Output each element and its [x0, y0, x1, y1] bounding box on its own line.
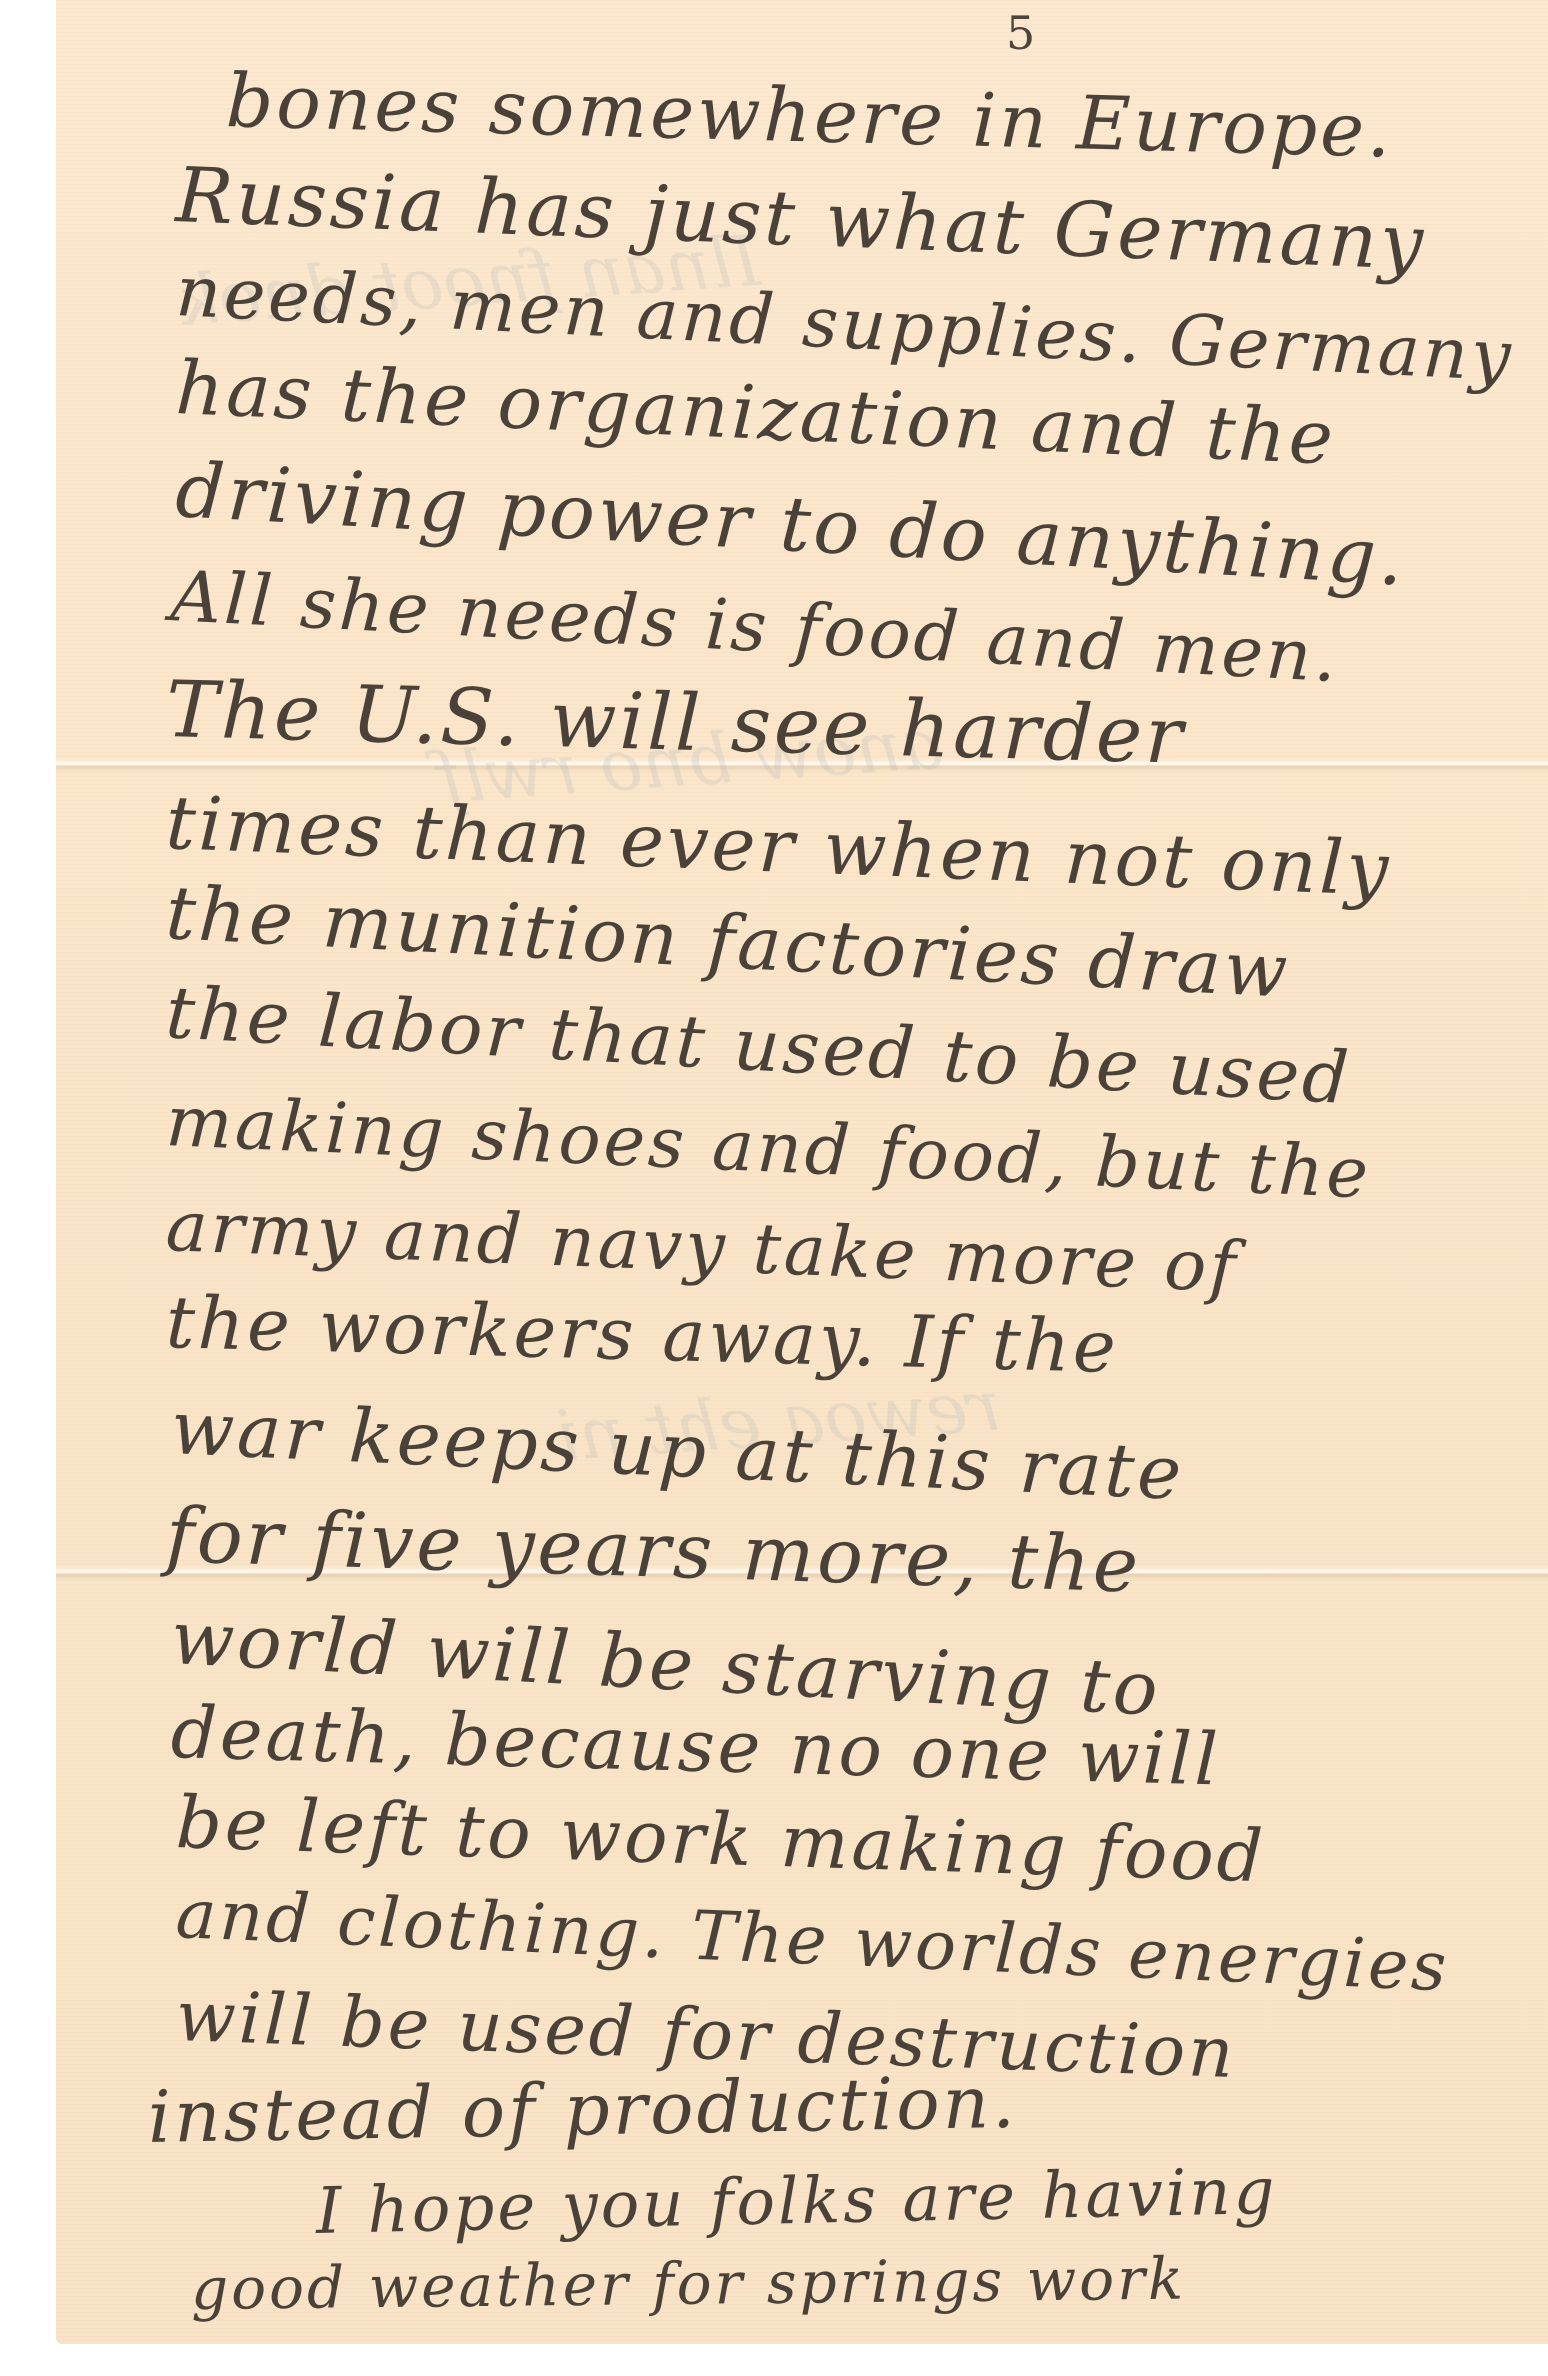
text-line: good weather for springs work [191, 2245, 1187, 2323]
text-line: instead of production. [147, 2060, 1018, 2159]
page-number: 5 [1006, 6, 1035, 60]
text-line: I hope you folks are having [315, 2155, 1278, 2249]
letter-page: Ilnan fnoot dnok anow bno rwlf rewoa eht… [56, 0, 1548, 2344]
text-line: bones somewhere in Europe. [225, 58, 1395, 175]
